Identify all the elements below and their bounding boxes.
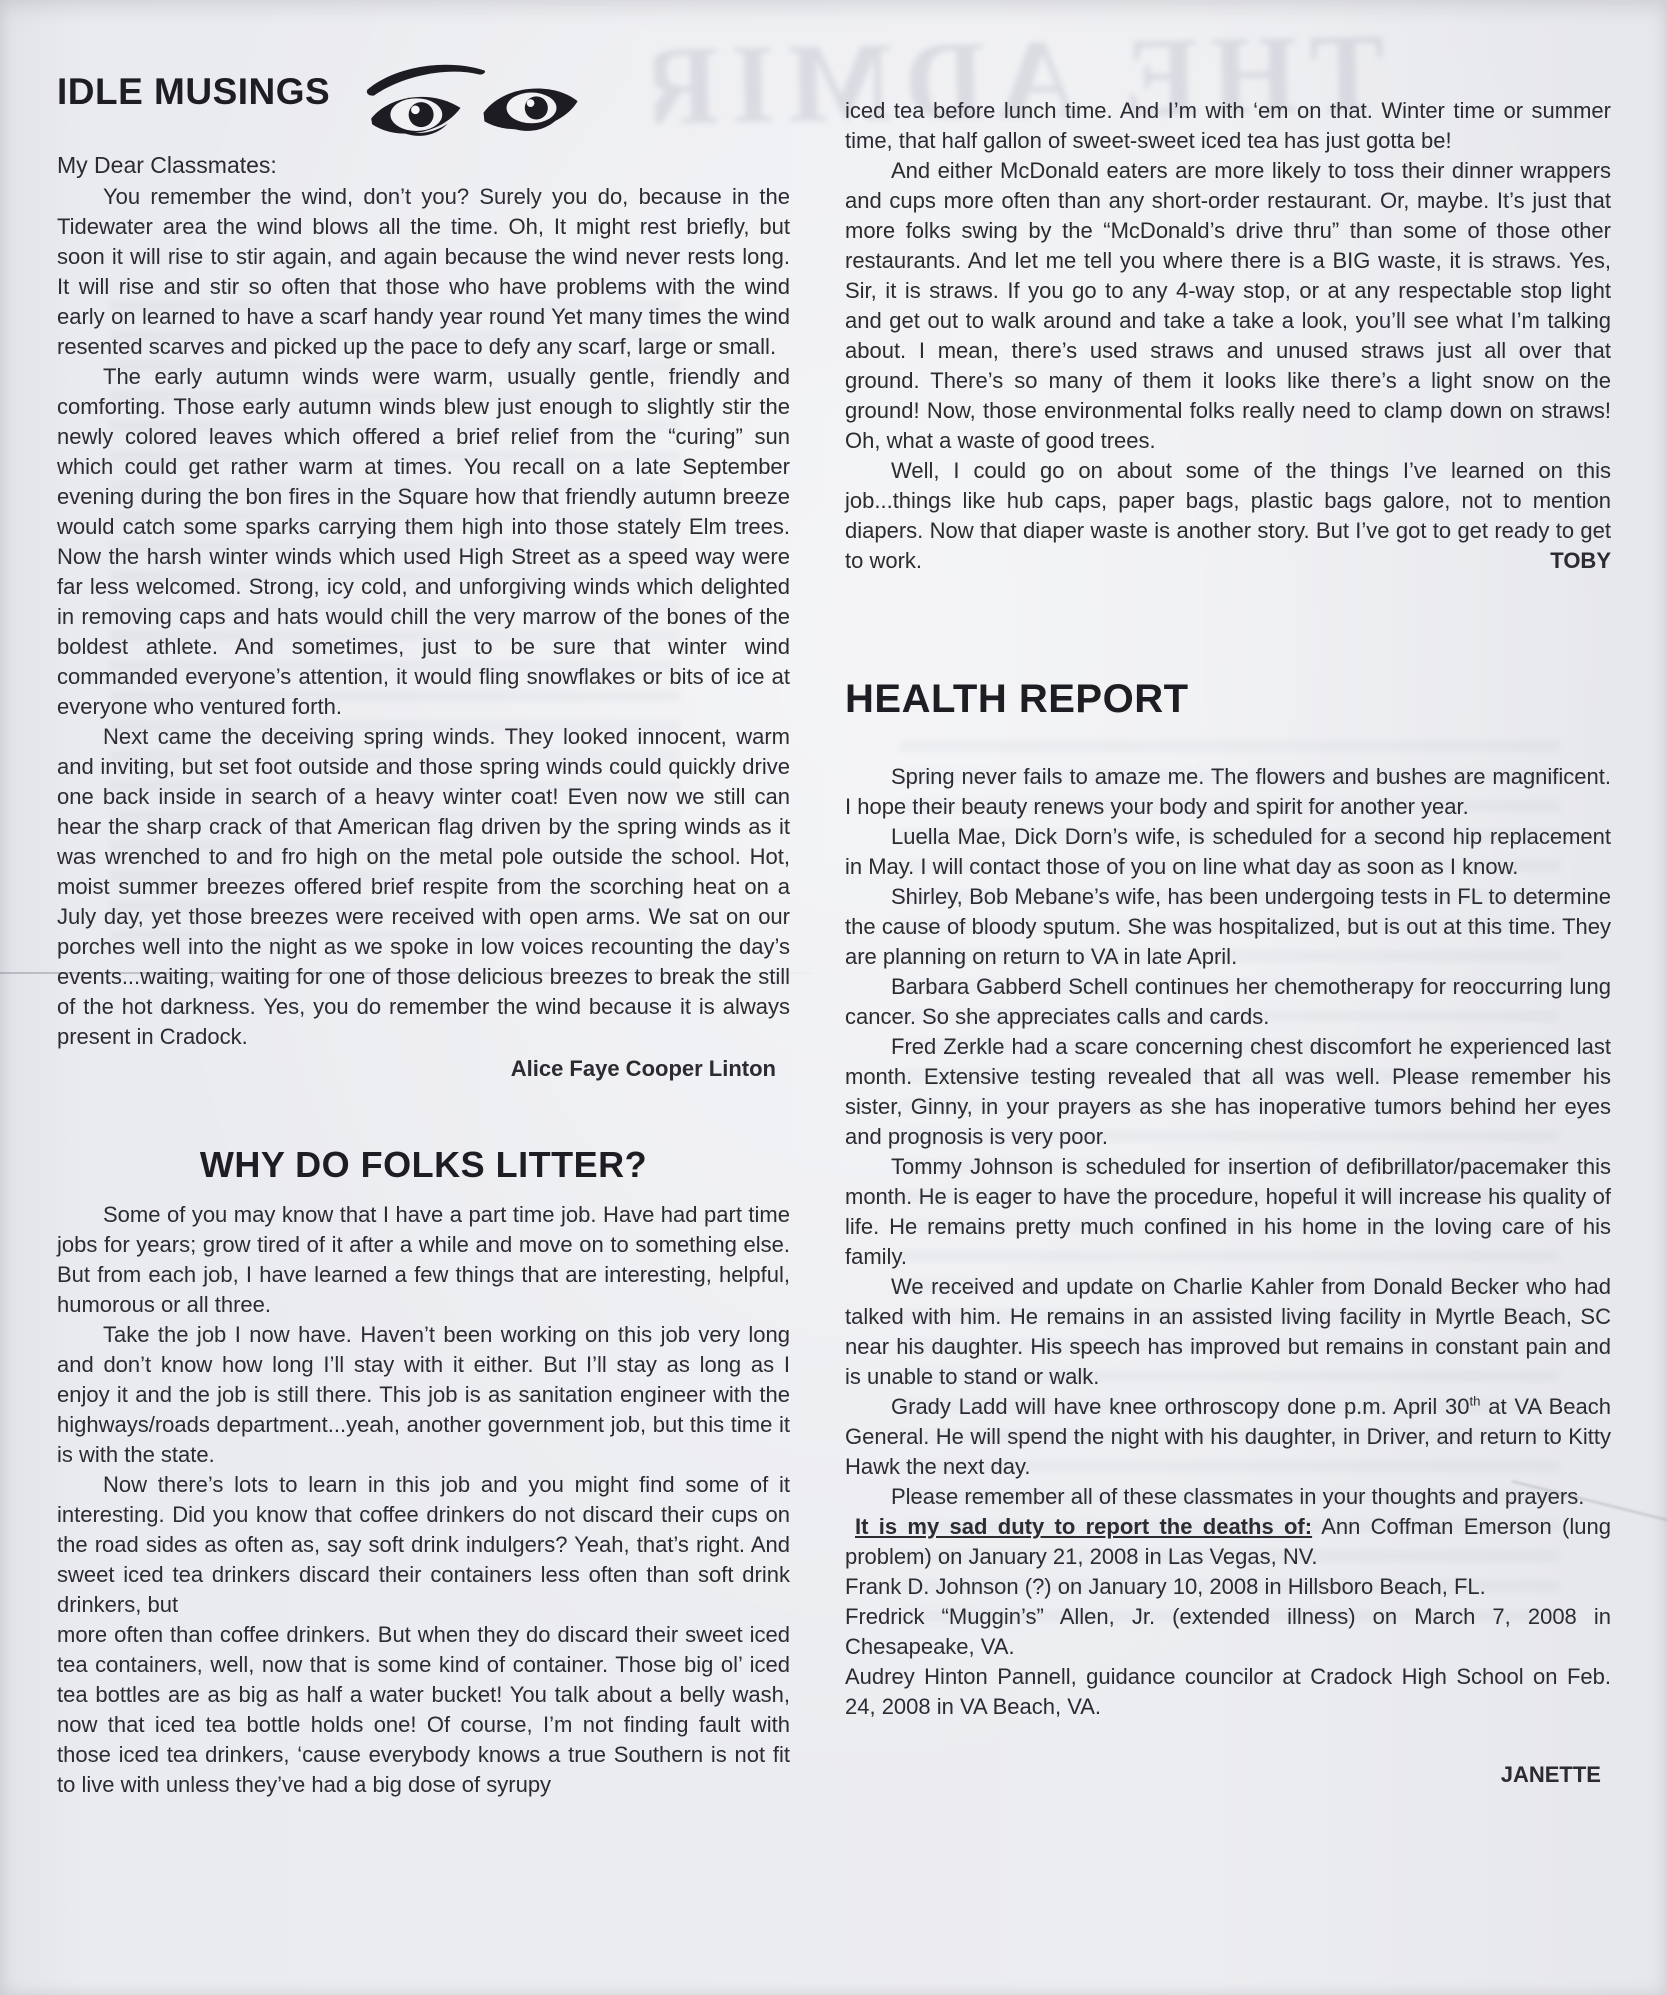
newsletter-page: THE ADMIRAL IDLE MUSINGS My Dear Classma…: [0, 0, 1667, 1995]
deaths-notice: It is my sad duty to report the deaths o…: [845, 1512, 1611, 1572]
paragraph: Shirley, Bob Mebane’s wife, has been und…: [845, 882, 1611, 972]
eyes-icon: [358, 58, 586, 154]
litter-heading: WHY DO FOLKS LITTER?: [57, 1144, 790, 1186]
right-column: iced tea before lunch time. And I’m with…: [845, 96, 1611, 1790]
left-column: IDLE MUSINGS My Dear Classmates: You rem…: [57, 70, 790, 1800]
paragraph: Take the job I now have. Haven’t been wo…: [57, 1320, 790, 1470]
deaths-intro: It is my sad duty to report the deaths o…: [855, 1514, 1312, 1539]
litter-closing-paragraph: Well, I could go on about some of the th…: [845, 456, 1611, 576]
paragraph: Next came the deceiving spring winds. Th…: [57, 722, 790, 1052]
paragraph-text: Well, I could go on about some of the th…: [845, 458, 1611, 573]
paragraph: Fred Zerkle had a scare concerning chest…: [845, 1032, 1611, 1152]
paragraph: We received and update on Charlie Kahler…: [845, 1272, 1611, 1392]
ordinal-superscript: th: [1470, 1394, 1481, 1409]
paragraph: Some of you may know that I have a part …: [57, 1200, 790, 1320]
salutation: My Dear Classmates:: [57, 150, 790, 180]
litter-body-right: iced tea before lunch time. And I’m with…: [845, 96, 1611, 456]
janette-signature: JANETTE: [845, 1760, 1611, 1790]
idle-musings-body: You remember the wind, don’t you? Surely…: [57, 182, 790, 1052]
health-report-body: Spring never fails to amaze me. The flow…: [845, 762, 1611, 1392]
paragraph: The early autumn winds were warm, usuall…: [57, 362, 790, 722]
author-signature: Alice Faye Cooper Linton: [57, 1054, 790, 1084]
deaths-entries: Frank D. Johnson (?) on January 10, 2008…: [845, 1572, 1611, 1722]
death-entry: Audrey Hinton Pannell, guidance councilo…: [845, 1662, 1611, 1722]
death-entry: Fredrick “Muggin’s” Allen, Jr. (extended…: [845, 1602, 1611, 1662]
idle-musings-header: IDLE MUSINGS: [57, 70, 790, 150]
paragraph: Luella Mae, Dick Dorn’s wife, is schedul…: [845, 822, 1611, 882]
death-entry: Frank D. Johnson (?) on January 10, 2008…: [845, 1572, 1611, 1602]
paragraph: iced tea before lunch time. And I’m with…: [845, 96, 1611, 156]
paragraph: Now there’s lots to learn in this job an…: [57, 1470, 790, 1620]
paragraph: more often than coffee drinkers. But whe…: [57, 1620, 790, 1800]
grady-paragraph: Grady Ladd will have knee orthroscopy do…: [845, 1392, 1611, 1482]
remember-paragraph: Please remember all of these classmates …: [845, 1482, 1611, 1512]
paragraph: And either McDonald eaters are more like…: [845, 156, 1611, 456]
paragraph: Spring never fails to amaze me. The flow…: [845, 762, 1611, 822]
litter-body-left: Some of you may know that I have a part …: [57, 1200, 790, 1800]
paragraph: Tommy Johnson is scheduled for insertion…: [845, 1152, 1611, 1272]
paragraph-text: Grady Ladd will have knee orthroscopy do…: [891, 1394, 1470, 1419]
health-report-heading: HEALTH REPORT: [845, 676, 1611, 722]
toby-signature: TOBY: [1504, 546, 1611, 576]
paragraph: You remember the wind, don’t you? Surely…: [57, 182, 790, 362]
idle-musings-title: IDLE MUSINGS: [57, 70, 330, 114]
paragraph: Barbara Gabberd Schell continues her che…: [845, 972, 1611, 1032]
